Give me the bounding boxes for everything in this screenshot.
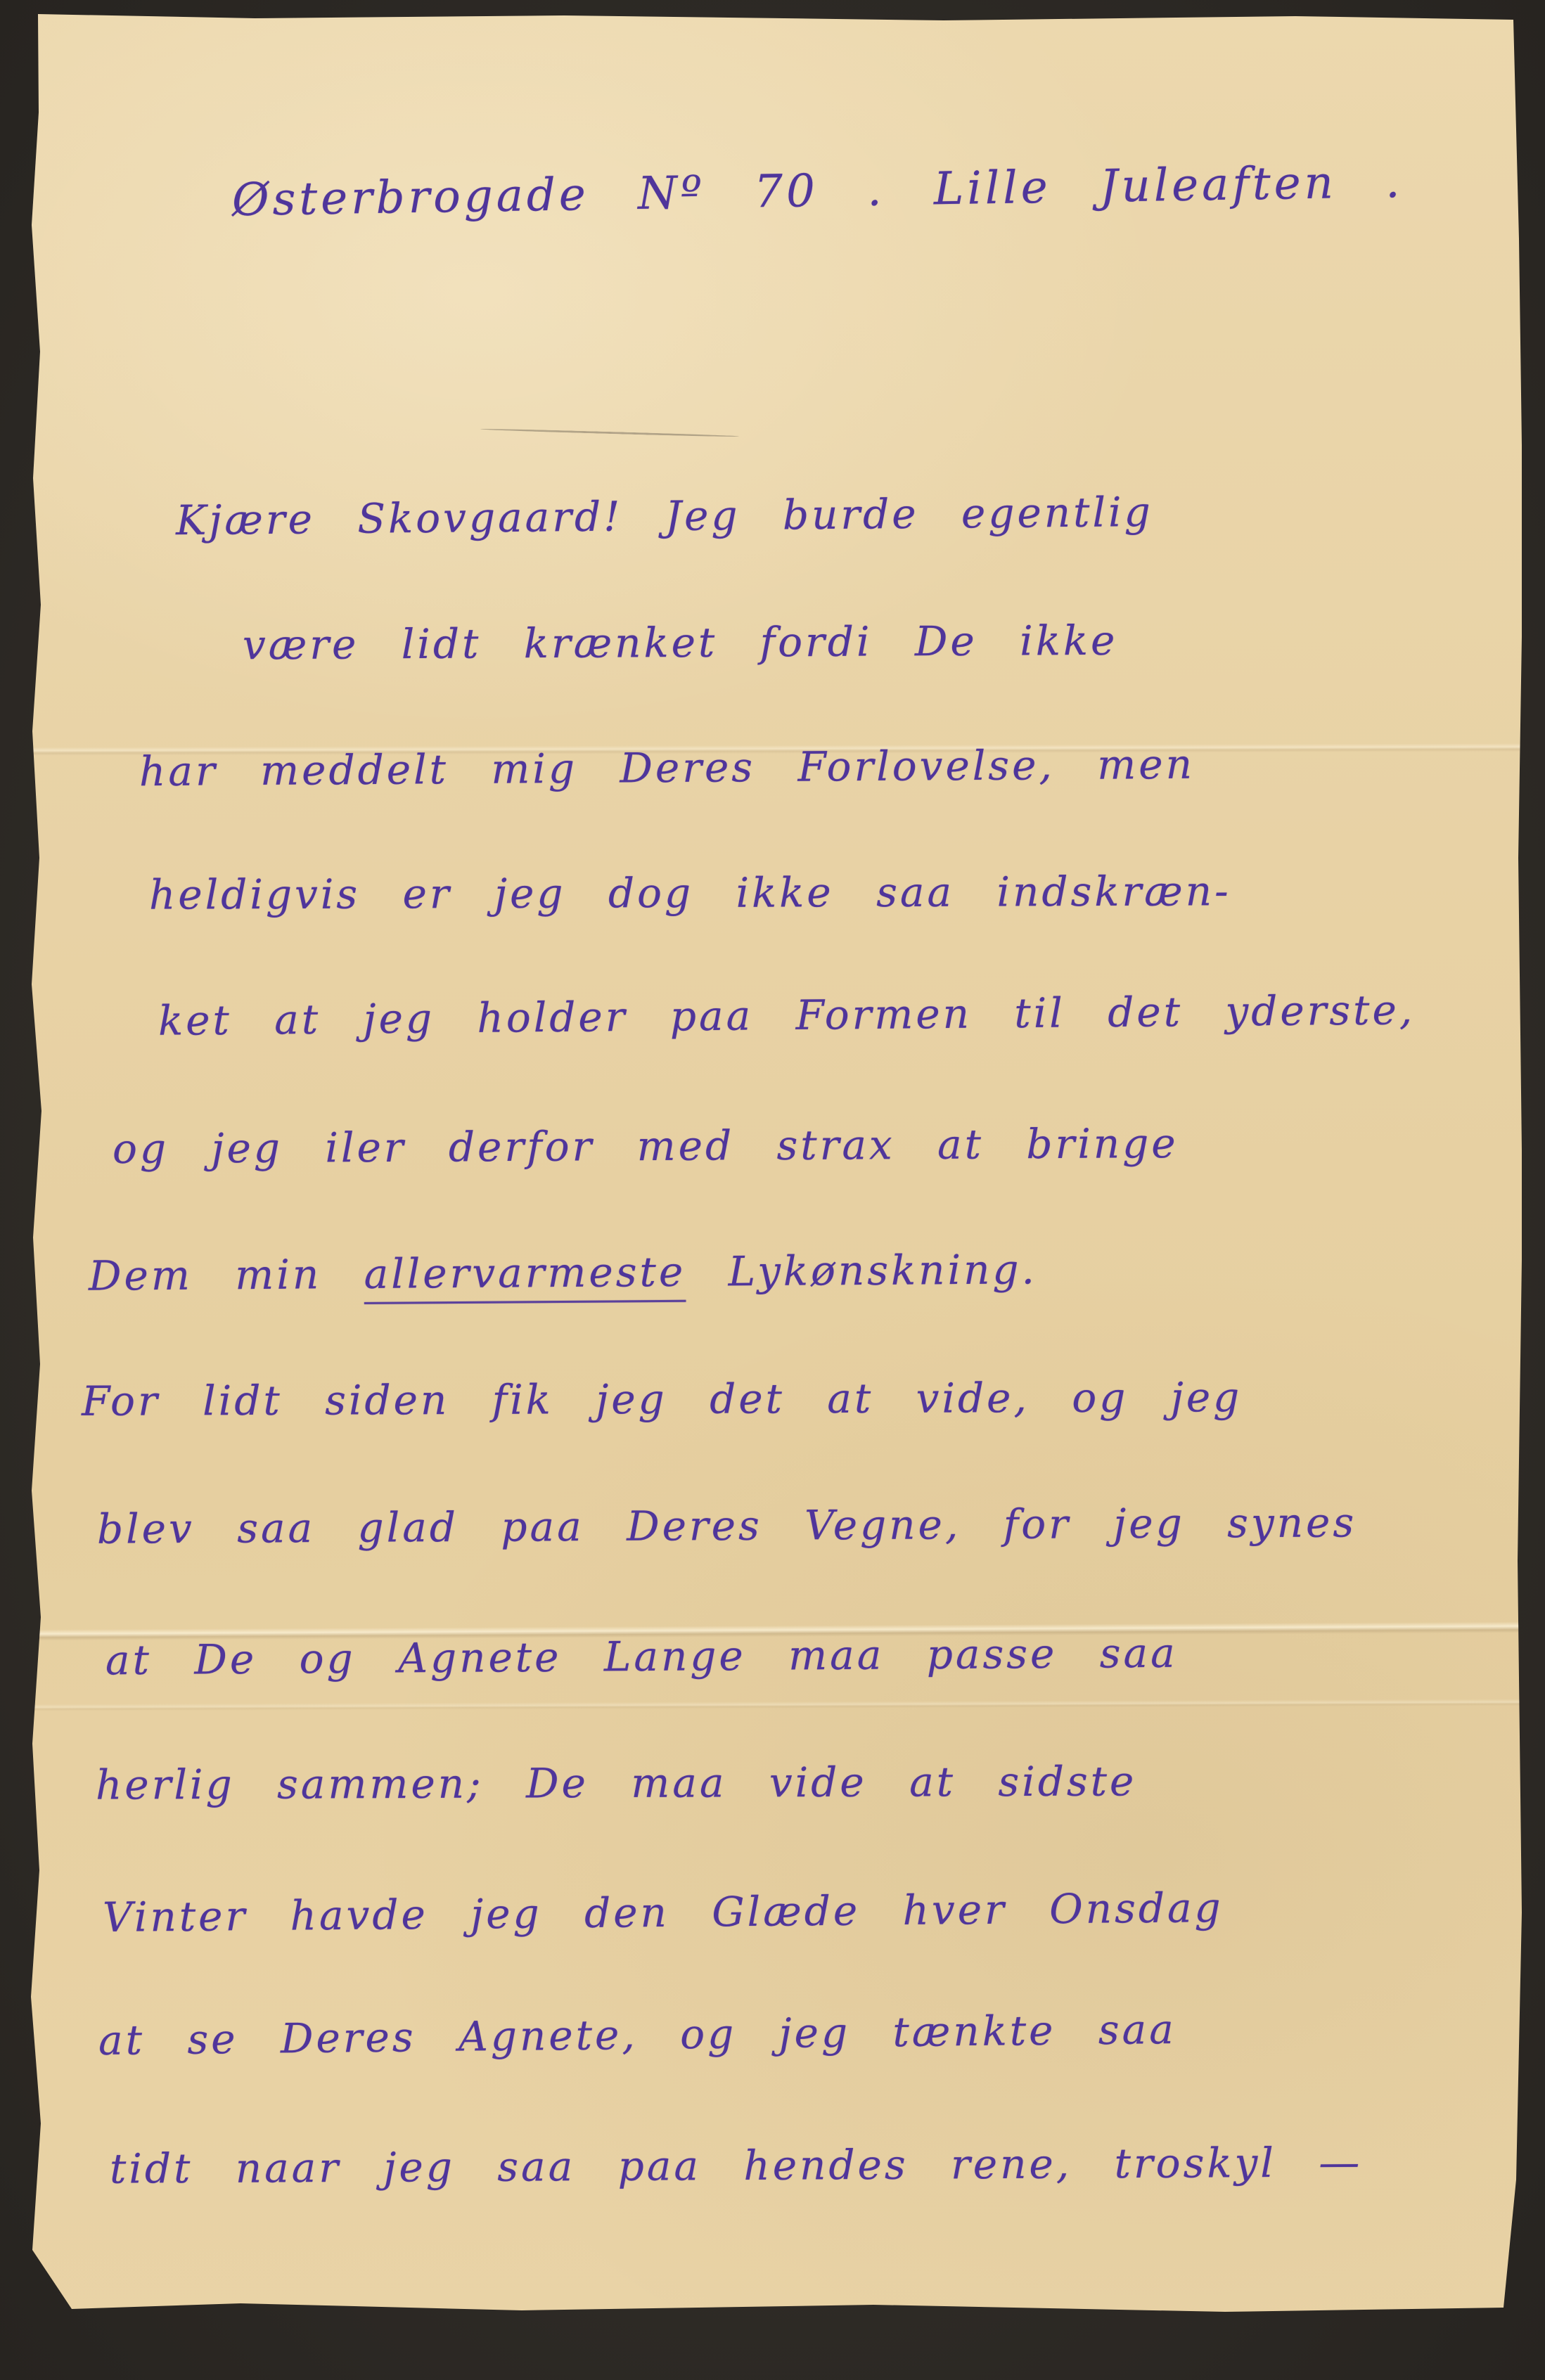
- letter-line: tidt naar jeg saa paa hendes rene, trosk…: [110, 2138, 1363, 2192]
- letter-line: Dem min allervarmeste Lykønskning.: [89, 1245, 1037, 1299]
- scan-background: Østerbrogade Nº 70 . Lille Juleaften . K…: [0, 0, 1545, 2380]
- address-date-line: Østerbrogade Nº 70 . Lille Juleaften .: [232, 156, 1404, 226]
- letter-paper: Østerbrogade Nº 70 . Lille Juleaften . K…: [30, 14, 1522, 2313]
- letter-line: og jeg iler derfor med strax at bringe: [113, 1119, 1179, 1173]
- fold-crease-faint: [30, 1699, 1522, 1711]
- letter-line: har meddelt mig Deres Forlovelse, men: [139, 740, 1195, 795]
- pencil-mark: [480, 428, 739, 437]
- letter-line: blev saa glad paa Deres Vegne, for jeg s…: [97, 1498, 1357, 1552]
- letter-line: Vinter havde jeg den Glæde hver Onsdag: [103, 1884, 1224, 1941]
- underlined-word: allervarmeste: [364, 1248, 686, 1298]
- letter-line: herlig sammen; De maa vide at sidste: [96, 1757, 1137, 1808]
- letter-line: at se Deres Agnete, og jeg tænkte saa: [98, 2005, 1177, 2064]
- letter-line: For lidt siden fik jeg det at vide, og j…: [82, 1373, 1242, 1425]
- line-text-after: Lykønskning.: [686, 1245, 1037, 1295]
- line-text-before: Dem min: [89, 1250, 364, 1300]
- letter-line: ket at jeg holder paa Formen til det yde…: [158, 986, 1416, 1045]
- letter-line: Kjære Skovgaard! Jeg burde egentlig: [176, 488, 1153, 544]
- letter-line: at De og Agnete Lange maa passe saa: [105, 1629, 1178, 1685]
- letter-line: være lidt krænket fordi De ikke: [243, 617, 1118, 669]
- letter-line: heldigvis er jeg dog ikke saa indskræn-: [149, 867, 1231, 918]
